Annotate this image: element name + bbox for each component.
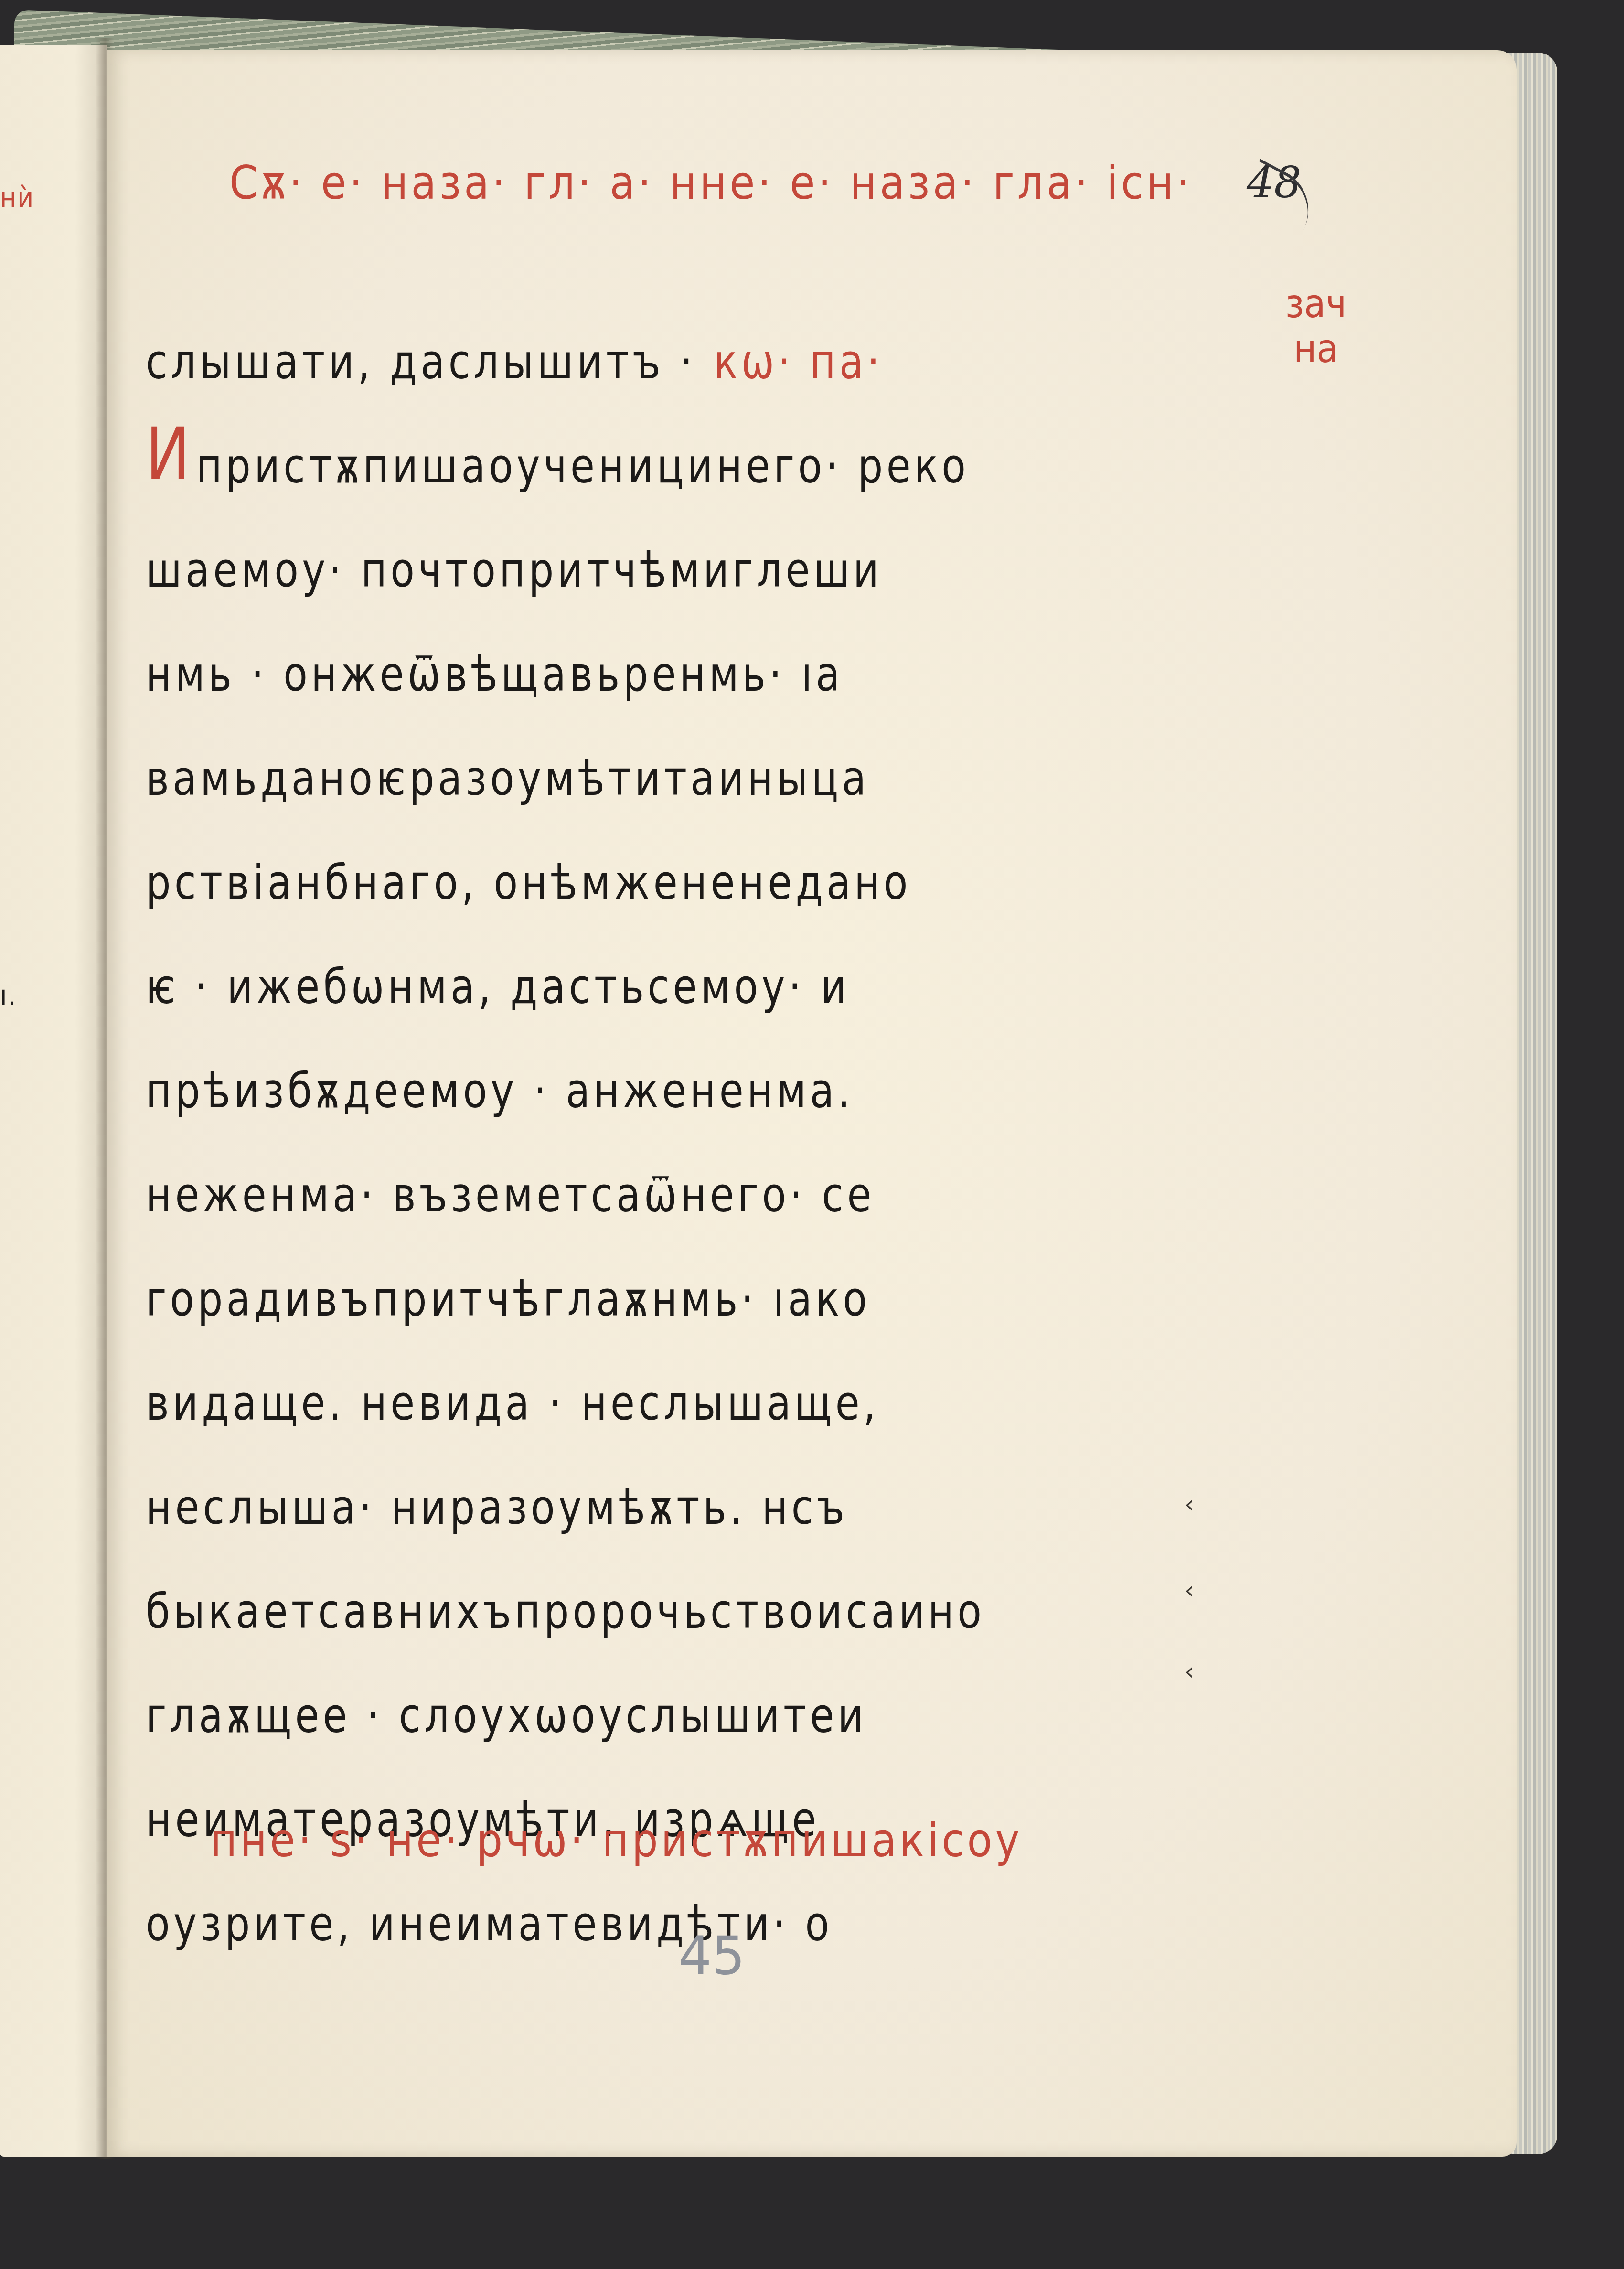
- text-line: И пристѫпишаоученицинего· реко: [146, 386, 1090, 490]
- text-line: вамьданоѥразоумѣтитаиныца: [146, 698, 1090, 803]
- quotation-mark-glyph: ‹: [1185, 1576, 1194, 1604]
- margin-reading-reference: зач на: [1285, 282, 1347, 372]
- margin-ref-line-2: на: [1285, 327, 1347, 372]
- text-line: ѥ · ижебѡнма, дастьсемоу· и: [146, 907, 1090, 1011]
- quotation-mark-glyph: ‹: [1185, 1490, 1194, 1518]
- footer-rubric: пне· ѕ· не· рчѡ· пристѫпишакісоу: [210, 1818, 1023, 1863]
- pencil-page-number: 45: [678, 1925, 745, 1986]
- main-text-block: слышати, даслышитъ · кѡ· па· И пристѫпиш…: [146, 282, 1173, 1948]
- quotation-mark-glyph: ‹: [1185, 1658, 1194, 1685]
- margin-ref-line-1: зач: [1285, 282, 1347, 327]
- text-line: шаемоу· почтопритчѣмиглеши: [146, 490, 1090, 594]
- previous-page-sliver: нѝ ı.: [0, 45, 107, 2157]
- reading-end-rubric: кѡ· па·: [714, 338, 883, 386]
- text-line: глаѫщее · слоухѡоуслышитеи: [146, 1636, 1090, 1740]
- text-line: горадивъпритчѣглаѫнмь· ıако: [146, 1219, 1090, 1323]
- text-line: быкаетсавнихъпророчьствоисаино: [146, 1531, 1090, 1636]
- text-line: прѣизбѫдеемоу · анжененма.: [146, 1011, 1090, 1115]
- left-page-rubric-fragment: нѝ: [0, 184, 34, 212]
- text-line: рствіанбнаго, онѣмжененедано: [146, 803, 1090, 907]
- text-line: видаще. невида · неслышаще,: [146, 1323, 1090, 1427]
- text-line: неслыша· нираз­оумѣѫть. нсъ: [146, 1427, 1090, 1531]
- manuscript-scan: нѝ ı. Сѫ· е· наза· гл· а· нне· е· наза· …: [0, 0, 1624, 2269]
- header-rubric: Сѫ· е· наза· гл· а· нне· е· наза· гла· і…: [229, 160, 1192, 206]
- text-line: неженма· въземетсаѿнего· се: [146, 1115, 1090, 1219]
- text-line: нмь · онжеѿвѣщавьренмь· ıа: [146, 594, 1090, 698]
- text-line: слышати, даслышитъ · кѡ· па·: [146, 282, 1090, 386]
- red-initial: И: [146, 418, 193, 490]
- left-page-text-fragment: ı.: [0, 982, 17, 1009]
